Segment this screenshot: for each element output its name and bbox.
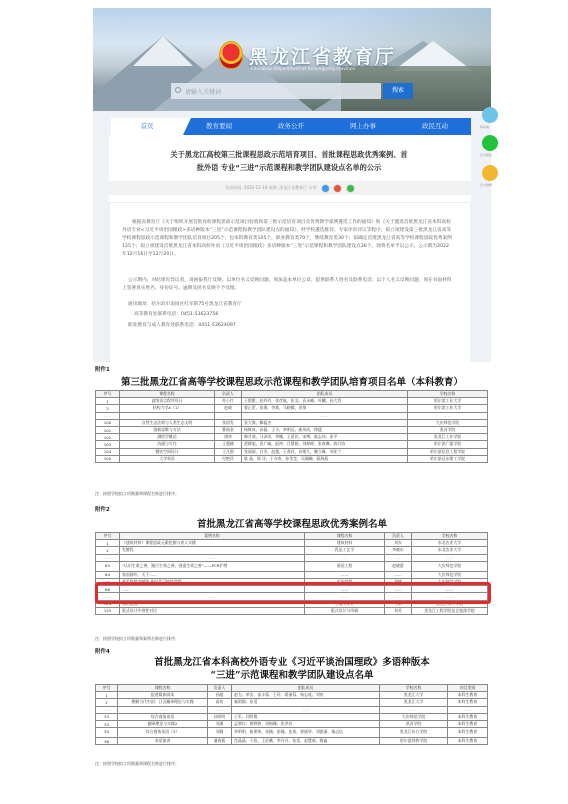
table-cell: 贾晓旭，田广喻，赵冲，吕慧娟，刘崢崢，张春琳，陈月协: [242, 441, 408, 448]
table-cell: 黑龙江大学: [380, 692, 448, 699]
table-cell: 哈尔滨工业大学: [408, 398, 488, 405]
table-cell: 黑河学院: [408, 426, 488, 433]
table-row: 102测绘学概论唐冲韩月郊，马泽洋，李娜，王爱民，宋博，陈志伟，张平黑龙江工业学…: [96, 434, 488, 441]
table-cell: 翻译理论与实践2: [118, 720, 208, 727]
table-cell: ……: [305, 554, 385, 561]
table-cell: 张大海，解磊杰: [242, 419, 408, 426]
table-cell: 大庆师范学院: [412, 561, 488, 571]
table-note: 注：按照学校拟立项数量和课程名称进行排序。: [95, 761, 179, 767]
table-cell: 36: [96, 738, 118, 745]
table-cell: ……: [208, 706, 232, 713]
table-cell: 大庆师范学院: [412, 571, 488, 578]
table-row: 36英语演讲潘春燕肖晶晶、于欣、王佐鹏、李丹丹、张雷、赵慧萌、隋鑫哈尔滨剑桥学院…: [96, 738, 488, 745]
table-cell: 韩月郊，马泽洋，李娜，王爱民，宋博，陈志伟，张平: [242, 434, 408, 441]
table-cell: 自然生态法则与人类生态文明: [120, 419, 215, 426]
search-placeholder: 请输入关键词: [185, 89, 221, 96]
table-cell: 东北农业大学: [412, 547, 488, 554]
table-row: 2理解当代中国：日汉翻译理论与实践高亮秦莉郡、张适黑龙江大学本科生教育: [96, 699, 488, 706]
table-cell: 东北农业大学: [412, 540, 488, 547]
column-header: 序号: [96, 685, 118, 692]
table-cell: 黑龙江工程学院昆仑旅游学院: [412, 607, 488, 614]
table-row: 125版式设计中图性对比版式设计与印刷刘芳黑龙江工程学院昆仑旅游学院: [96, 607, 488, 614]
table-row: ………………………………: [96, 706, 488, 713]
table-row: 103沟通与写作王震楠贾晓旭，田广喻，赵冲，吕慧娟，刘崢崢，张春琳，陈月协哈尔滨…: [96, 441, 488, 448]
share-weibo-icon[interactable]: [333, 184, 342, 193]
table-cell: 测绘学概论: [120, 434, 215, 441]
table-row: 1高级语言程序设计苏小红王甜甜，赵玲玲，张彦航，张羽，袁永峰，叶麟，孙大烈哈尔滨…: [96, 398, 488, 405]
table-header: 序号课程名称负责人团队成员学校名称: [96, 391, 488, 398]
table-cell: 张丽丽，白芳，赵越，王春祥，孙朋久，赖立峰，刘亚兰: [242, 448, 408, 455]
website-screenshot: 黑龙江省教育厅 Education Department of Heilongj…: [93, 8, 491, 363]
table-cell: 综合商务英语（3）: [118, 728, 208, 738]
nav-public-interaction[interactable]: 政民互动: [399, 118, 471, 135]
table-cell: ……: [242, 412, 408, 419]
table-cell: 王凡甜: [215, 448, 242, 455]
table-cell: 苏小红: [215, 398, 242, 405]
table-cell: 赵为、荣洁、苗丰蓉、王玲、葛丽蓉、杨志欣、刘泉: [232, 692, 380, 699]
table-cell: 赵威: [215, 405, 242, 412]
table-cell: ……: [215, 412, 242, 419]
article-meta: 发布时间: 2022-12-16 来源: 黑龙江省教育厅 分享:: [109, 181, 471, 195]
table-cell: 105: [96, 455, 120, 462]
table-cell: 2: [96, 547, 120, 554]
table-cell: 35: [96, 728, 118, 738]
table-cell: ……: [120, 412, 215, 419]
table-cell: 耿 晶，那 洋，于亦欢，孙莹莹，吴珊珊，蒋海燕: [242, 455, 408, 462]
table-cell: ……: [118, 706, 208, 713]
side-float-panel: 移动端 官方微信 官方微博: [470, 103, 498, 203]
table-header: 序号课程名称负责人团队成员学校名称项目类别: [96, 685, 488, 692]
table-cell: 大学英语: [120, 455, 215, 462]
table-cell: 建筑材料: [305, 540, 385, 547]
table-cell: 英语演讲: [118, 738, 208, 745]
table-cell: 王震楠: [215, 441, 242, 448]
table-cell: 2: [96, 405, 120, 412]
table-cell: 张国发: [215, 419, 242, 426]
table-cell: 100: [96, 419, 120, 426]
project-table: 序号课程名称负责人团队成员学校名称1高级语言程序设计苏小红王甜甜，赵玲玲，张彦航…: [95, 390, 488, 463]
table-cell: 刘东: [385, 540, 412, 547]
column-header: 序号: [96, 391, 120, 398]
table-cell: 王军、闫明霞: [232, 713, 380, 720]
table-cell: ……: [385, 571, 412, 578]
article-paragraph-2: 公示期内，对结果有异议者，请函报我厅反映。以单位名义反映问题，须加盖本单位公章，…: [122, 277, 452, 293]
table-cell: 版式设计中图性对比: [120, 607, 305, 614]
table-cell: 34: [96, 720, 118, 727]
article-title: 关于黑龙江高校第三批课程思政示范培育项目、首批课程思政优秀案例、首 批外语 专业…: [129, 148, 449, 174]
table-cell: ……: [380, 706, 448, 713]
search-input[interactable]: 请输入关键词: [171, 83, 381, 99]
table-row: …………………………: [96, 412, 488, 419]
table-cell: 83: [96, 561, 120, 571]
table-row: 104餐饮空间设计王凡甜张丽丽，白芳，赵越，王春祥，孙朋久，赖立峰，刘亚兰哈尔滨…: [96, 448, 488, 455]
table-cell: 本科生教育: [448, 720, 488, 727]
table-cell: 104: [96, 448, 120, 455]
table-cell: 2: [96, 699, 118, 706]
table-cell: 曹福金: [215, 426, 242, 433]
article-paragraph-1: 根据省教育厅《关于组织开展首批高校课程思政示范项目验收和第三批示范培育项目及优秀…: [122, 219, 452, 259]
column-header: 案例名称: [120, 533, 305, 540]
column-header: 学校名称: [412, 533, 488, 540]
wechat-icon[interactable]: [482, 135, 498, 151]
column-header: 团队成员: [242, 391, 408, 398]
table-cell: 黑龙江东方学院: [380, 728, 448, 738]
article: 关于黑龙江高校第三批课程思政示范培育项目、首批课程思政优秀案例、首 批外语 专业…: [109, 135, 471, 363]
weibo-icon[interactable]: [482, 165, 498, 181]
column-header: 课程名称: [118, 685, 208, 692]
table-cell: 综合商务英语: [118, 713, 208, 720]
attachment-1: 附件1 第三批黑龙江省高等学校课程思政示范课程和教学团队培育项目名单（本科教育）…: [93, 362, 491, 502]
nav-online-services[interactable]: 网上办事: [327, 118, 399, 135]
table-row: 1《建筑材料》课程思政元素挖掘与育人实践建筑材料刘东东北农业大学: [96, 540, 488, 547]
contact-address: 通讯地址：哈尔滨市南岗区红军街75号黑龙江省教育厅: [128, 301, 242, 307]
contact-phone-higher-ed: 高等教育处联系电话：0451-53623756: [134, 311, 218, 317]
table-cell: 创新思维与方法: [120, 426, 215, 433]
header-banner: 黑龙江省教育厅 Education Department of Heilongj…: [93, 8, 491, 111]
table-cell: 哈尔滨广厦学院: [408, 441, 488, 448]
table-cell: 102: [96, 434, 120, 441]
column-header: 团队成员: [232, 685, 380, 692]
table-cell: 《建筑材料》课程思政元素挖掘与育人实践: [120, 540, 305, 547]
main-nav: 首页 教育要闻 政务公开 网上办事 政民互动: [111, 118, 471, 135]
table-cell: ……: [412, 554, 488, 561]
column-header: 学校名称: [380, 685, 448, 692]
table-cell: 报道媒体阅读: [118, 692, 208, 699]
table-cell: 赵晓蕾: [385, 561, 412, 571]
table-cell: 基因工程: [305, 561, 385, 571]
attachment-4: 附件4 首批黑龙江省本科高校外语专业《习近平谈治国理政》多语种版本 “三进”示范…: [93, 644, 491, 770]
nav-government-affairs[interactable]: 政务公开: [255, 118, 327, 135]
table-header: 序号案例名称课程名称负责人学校名称: [96, 533, 488, 540]
table-cell: 理解当代中国：日汉翻译理论与实践: [118, 699, 208, 706]
attachment-title: 第三批黑龙江省高等学校课程思政示范课程和教学团队培育项目名单（本科教育）: [93, 374, 491, 388]
table-note: 注：按照学校拟立项数量和课程名称进行排序。: [95, 491, 179, 497]
table-cell: 乳品工艺学: [305, 547, 385, 554]
table-note: 注：按照学校拟立项数量和案例名称进行排序。: [95, 636, 179, 642]
table-cell: 哈尔滨远东理工学院: [408, 455, 488, 462]
table-cell: 曹正罡，张绸，李爽，马晓儒，田黎: [242, 405, 408, 412]
table-cell: 101: [96, 426, 120, 433]
table-cell: ……: [385, 554, 412, 561]
table-cell: ……: [305, 571, 385, 578]
attachment-label: 附件2: [95, 505, 110, 513]
table-cell: 付艳玲: [215, 455, 242, 462]
app-icon[interactable]: [482, 107, 498, 123]
table-cell: 家国情怀，天下……: [120, 571, 305, 578]
table-cell: ……: [96, 554, 120, 561]
article-body: 根据省教育厅《关于组织开展首批高校课程思政示范项目验收和第三批示范培育项目及优秀…: [109, 202, 471, 363]
table-cell: 版式设计与印刷: [305, 607, 385, 614]
table-cell: 李明明、曲建伟、朱楠、彭楠、史岚、崔丽华、刘凯丽、秦志伍: [232, 728, 380, 738]
table-cell: 黑河学院: [380, 720, 448, 727]
table-cell: ……: [96, 706, 118, 713]
table-cell: 125: [96, 607, 120, 614]
table-cell: 刘芳: [385, 607, 412, 614]
column-header: 课程名称: [305, 533, 385, 540]
attachment-label: 附件1: [95, 365, 110, 373]
column-header: 课程名称: [120, 391, 215, 398]
contact-phone-vocational: 职业教育与成人教育处联系电话：0451-53624097: [128, 322, 236, 328]
column-header: 序号: [96, 533, 120, 540]
table-row: 34翻译理论与实践2刘通孟黎红、黄婷婷、邓指娜、张洪亮黑河学院本科生教育: [96, 720, 488, 727]
share-wechat-icon[interactable]: [346, 184, 355, 193]
table-cell: 哈尔滨剑桥学院: [380, 738, 448, 745]
table-cell: 本科生教育: [448, 738, 488, 745]
table-row: 2结构力学A（1）赵威曹正罡，张绸，李爽，马晓儒，田黎哈尔滨工业大学: [96, 405, 488, 412]
table-cell: 孙明明: [208, 713, 232, 720]
table-cell: 刘静: [208, 728, 232, 738]
table-cell: 唐冲: [215, 434, 242, 441]
table-row: 1报道媒体阅读孙超赵为、荣洁、苗丰蓉、王玲、葛丽蓉、杨志欣、刘泉黑龙江大学本科生…: [96, 692, 488, 699]
column-header: 负责人: [215, 391, 242, 398]
table-cell: ……: [408, 412, 488, 419]
table-cell: ……: [120, 554, 305, 561]
table-cell: 1: [96, 398, 120, 405]
table-cell: 1: [96, 692, 118, 699]
table-cell: 大庆师范学院: [380, 713, 448, 720]
column-header: 负责人: [208, 685, 232, 692]
table-cell: 本科生教育: [448, 728, 488, 738]
attachment-label: 附件4: [95, 647, 110, 655]
table-row: …………………………: [96, 554, 488, 561]
table-cell: 高亮: [208, 699, 232, 706]
table-cell: 肖晶晶、于欣、王佐鹏、李丹丹、张雷、赵慧萌、隋鑫: [232, 738, 380, 745]
table-cell: 沟通与写作: [120, 441, 215, 448]
attachment-title: 首批黑龙江省本科高校外语专业《习近平谈治国理政》多语种版本 “三进”示范课程和教…: [93, 656, 491, 682]
table-cell: 本科生教育: [448, 692, 488, 699]
table-row: 83“认识生命之善，践行生命之善，创造生命之善”——PCR扩增基因工程赵晓蕾大庆…: [96, 561, 488, 571]
search-button[interactable]: 搜索: [383, 83, 413, 99]
table-row: 100自然生态法则与人类生态文明张国发张大海，解磊杰大庆师范学院: [96, 419, 488, 426]
table-cell: 孟黎红、黄婷婷、邓指娜、张洪亮: [232, 720, 380, 727]
table-row: 105大学英语付艳玲耿 晶，那 洋，于亦欢，孙莹莹，吴珊珊，蒋海燕哈尔滨远东理工…: [96, 455, 488, 462]
table-row: 101创新思维与方法曹福金杨辉成，孙磊，王丰，李明远，曲凤成，徐猛黑河学院: [96, 426, 488, 433]
site-title: 黑龙江省教育厅: [249, 42, 396, 69]
table-cell: 孙超: [208, 692, 232, 699]
share-qq-icon[interactable]: [321, 184, 330, 193]
table-row: 33综合商务英语孙明明王军、闫明霞大庆师范学院本科生教育: [96, 713, 488, 720]
table-cell: 黑龙江大学: [380, 699, 448, 706]
table-cell: 哈尔滨工业大学: [408, 405, 488, 412]
table-cell: 秦莉郡、张适: [232, 699, 380, 706]
table-cell: 王甜甜，赵玲玲，张彦航，张羽，袁永峰，叶麟，孙大烈: [242, 398, 408, 405]
highlight-box: [95, 582, 491, 604]
table-cell: 84: [96, 571, 120, 578]
attachment-title: 首批黑龙江省高等学校课程思政优秀案例名单: [93, 516, 491, 530]
table-cell: ……: [448, 706, 488, 713]
nav-home[interactable]: 首页: [111, 118, 183, 135]
table-cell: ……: [96, 412, 120, 419]
column-header: 学校名称: [408, 391, 488, 398]
table-cell: 潘春燕: [208, 738, 232, 745]
table-cell: 刘通: [208, 720, 232, 727]
table-cell: 大庆师范学院: [408, 419, 488, 426]
demo-course-table: 序号课程名称负责人团队成员学校名称项目类别1报道媒体阅读孙超赵为、荣洁、苗丰蓉、…: [95, 684, 488, 745]
table-cell: 103: [96, 441, 120, 448]
nav-education-news[interactable]: 教育要闻: [183, 118, 255, 135]
national-emblem-icon: [219, 41, 243, 69]
table-cell: 1: [96, 540, 120, 547]
table-cell: ……: [232, 706, 380, 713]
table-cell: 33: [96, 713, 118, 720]
table-cell: 哈尔滨信息工程学院: [408, 448, 488, 455]
table-cell: 高级语言程序设计: [120, 398, 215, 405]
search-icon: [175, 87, 181, 93]
table-cell: 发酵乳: [120, 547, 305, 554]
table-cell: 李晓东: [385, 547, 412, 554]
table-cell: 结构力学A（1）: [120, 405, 215, 412]
table-row: 35综合商务英语（3）刘静李明明、曲建伟、朱楠、彭楠、史岚、崔丽华、刘凯丽、秦志…: [96, 728, 488, 738]
column-header: 负责人: [385, 533, 412, 540]
table-cell: 杨辉成，孙磊，王丰，李明远，曲凤成，徐猛: [242, 426, 408, 433]
column-header: 项目类别: [448, 685, 488, 692]
table-cell: 餐饮空间设计: [120, 448, 215, 455]
site-subtitle: Education Department of Heilongjiang Pro…: [251, 66, 355, 71]
table-cell: 本科生教育: [448, 713, 488, 720]
table-cell: 黑龙江工业学院: [408, 434, 488, 441]
attachment-2: 附件2 首批黑龙江省高等学校课程思政优秀案例名单 序号案例名称课程名称负责人学校…: [93, 502, 491, 644]
table-cell: 本科生教育: [448, 699, 488, 706]
table-cell: “认识生命之善，践行生命之善，创造生命之善”——PCR扩增: [120, 561, 305, 571]
table-row: 2发酵乳乳品工艺学李晓东东北农业大学: [96, 547, 488, 554]
table-row: 84家国情怀，天下………………大庆师范学院: [96, 571, 488, 578]
